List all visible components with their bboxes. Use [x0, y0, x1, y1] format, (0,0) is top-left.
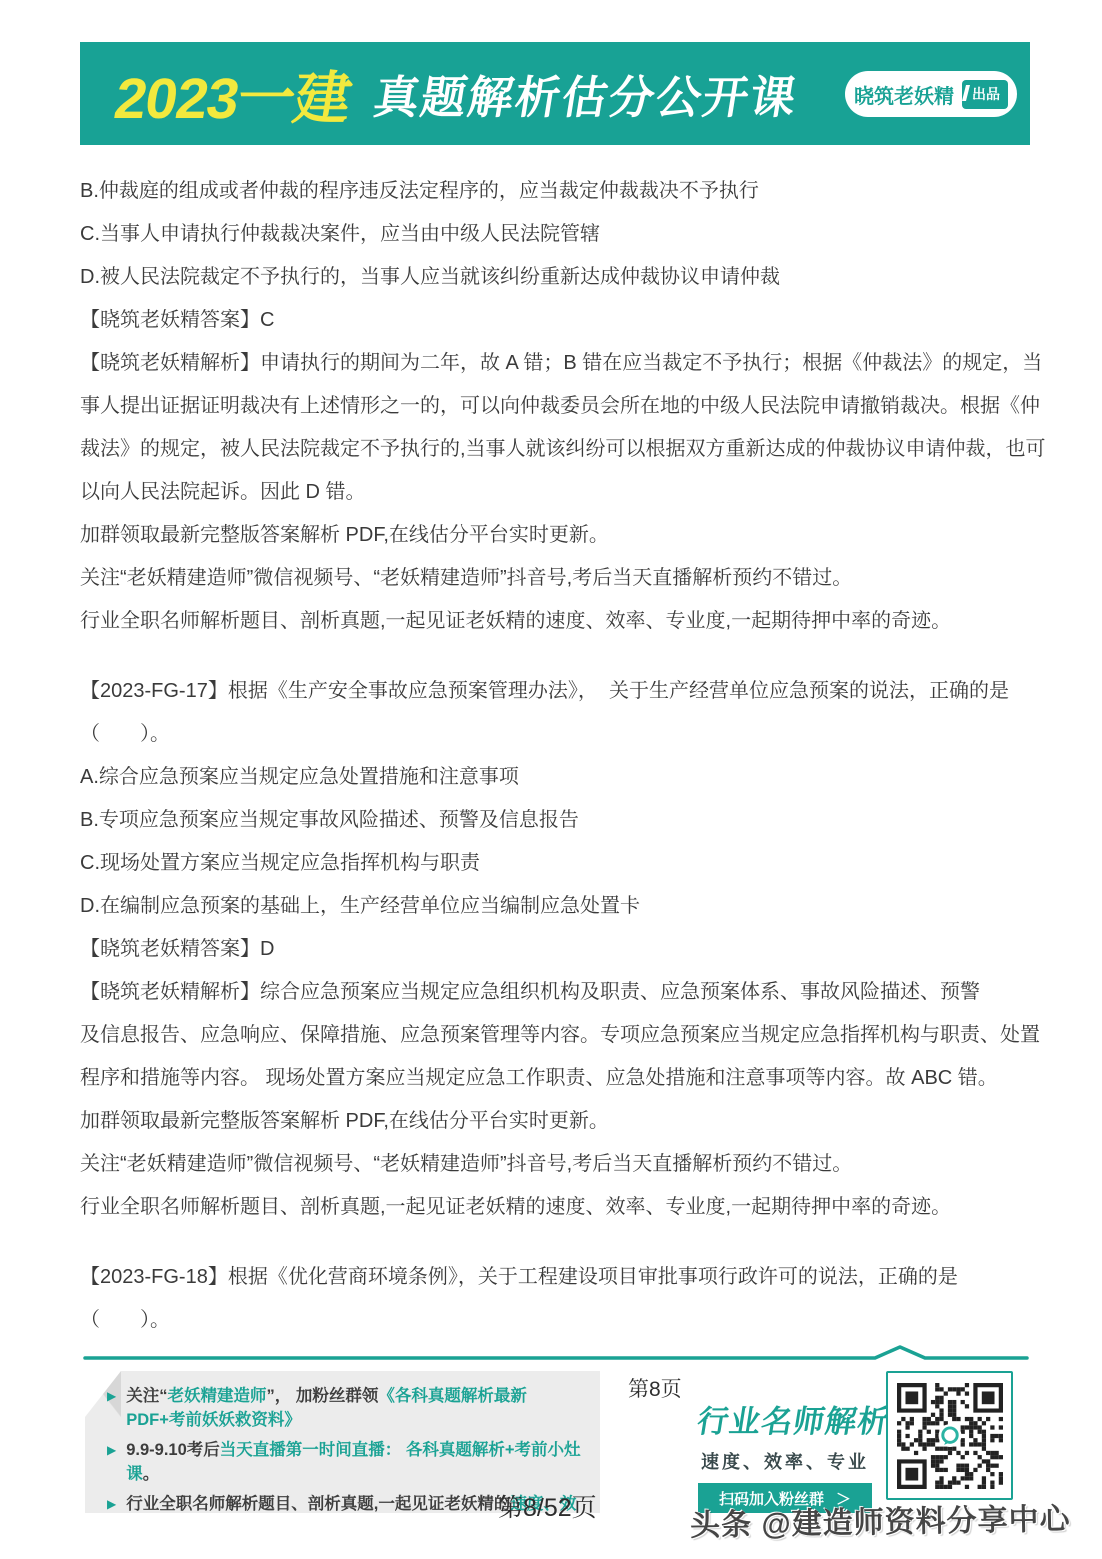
plain-text: 。 — [143, 1465, 160, 1483]
text-line: 【晓筑老妖精答案】D — [80, 928, 1040, 971]
text-line: 裁法》的规定，被人民法院裁定不予执行的,当事人就该纠纷可以根据双方重新达成的仲裁… — [80, 428, 1040, 471]
text-line: 行业全职名师解析题目、剖析真题,一起见证老妖精的速度、效率、专业度,一起期待押中… — [80, 1186, 1040, 1229]
triangle-bullet-icon: ▶ — [107, 1438, 116, 1486]
triangle-bullet-icon: ▶ — [107, 1492, 116, 1540]
text-line: （ ）。 — [80, 1299, 1040, 1342]
highlight-text: 押中率 — [279, 1519, 329, 1537]
question-section: 【2023-FG-18】根据《优化营商环境条例》，关于工程建设项目审批事项行政许… — [80, 1256, 1040, 1342]
brand-name: 晓筑老妖精 — [854, 80, 954, 109]
text-line: 【晓筑老妖精解析】综合应急预案应当规定应急组织机构及职责、应急预案体系、事故风险… — [80, 971, 1040, 1014]
text-line: B.专项应急预案应当规定事故风险描述、预警及信息报告 — [80, 799, 1040, 842]
text-line: D.在编制应急预案的基础上，生产经营单位应当编制应急处置卡 — [80, 885, 1040, 928]
text-line: 关注“老妖精建造师”微信视频号、“老妖精建造师”抖音号,考后当天直播解析预约不错… — [80, 557, 1040, 600]
qr-finder-top-right — [973, 1383, 1003, 1413]
text-line: C.当事人申请执行仲裁裁决案件，应当由中级人民法院管辖 — [80, 213, 1040, 256]
page-indicator: 第8/52页 — [498, 1488, 597, 1524]
text-line: B.仲裁庭的组成或者仲裁的程序违反法定程序的，应当裁定仲裁裁决不予执行 — [80, 170, 1040, 213]
text-line: 加群领取最新完整版答案解析 PDF,在线估分平台实时更新。 — [80, 514, 1040, 557]
triangle-bullet-icon: ▶ — [107, 1384, 116, 1432]
slogan-block: 行业名师解析 速度、效率、专业 扫码加入粉丝群 ＞ — [698, 1396, 872, 1513]
slogan-subtitle: 速度、效率、专业 — [698, 1448, 872, 1474]
promo-bullet: ▶9.9-9.10考后当天直播第一时间直播： 各科真题解析+考前小灶课。 — [107, 1438, 585, 1486]
watermark: 头条 @建造师资料分享中心 — [690, 1494, 1091, 1545]
plain-text: 的奇迹。 — [329, 1519, 395, 1537]
text-line: C.现场处置方案应当规定应急指挥机构与职责 — [80, 842, 1040, 885]
text-line: 程序和措施等内容。 现场处置方案应当规定应急工作职责、应急处措施和注意事项等内容… — [80, 1057, 1040, 1100]
plain-text: 9.9-9.10考后 — [126, 1441, 220, 1459]
text-line: （ ）。 — [80, 713, 1040, 756]
text-line: 【2023-FG-17】根据《生产安全事故应急预案管理办法》， 关于生产经营单位… — [80, 670, 1040, 713]
slogan-title: 行业名师解析 — [694, 1396, 875, 1441]
document-page: 2023一建 真题解析估分公开课 晓筑老妖精 出品 B.仲裁庭的组成或者仲裁的程… — [0, 0, 1102, 1559]
plain-text: ,一起期待 — [209, 1519, 280, 1537]
banner-title-text: 真题解析估分公开课 — [370, 61, 803, 126]
qr-center-logo — [938, 1424, 961, 1447]
plain-text: ”， 加粉丝群领 — [266, 1387, 378, 1405]
text-line: 【晓筑老妖精答案】C — [80, 299, 1040, 342]
divider-line — [80, 1342, 1030, 1364]
text-line: D.被人民法院裁定不予执行的，当事人应当就该纠纷重新达成仲裁协议申请仲裁 — [80, 256, 1040, 299]
brand-pill: 晓筑老妖精 出品 — [845, 71, 1017, 117]
text-line: 加群领取最新完整版答案解析 PDF,在线估分平台实时更新。 — [80, 1100, 1040, 1143]
text-line: 及信息报告、应急响应、保障措施、应急预案管理等内容。专项应急预案应当规定应急指挥… — [80, 1014, 1040, 1057]
text-line: A.综合应急预案应当规定应急处置措施和注意事项 — [80, 756, 1040, 799]
qr-finder-top-left — [897, 1383, 927, 1413]
promo-bullet-text: 9.9-9.10考后当天直播第一时间直播： 各科真题解析+考前小灶课。 — [126, 1438, 585, 1486]
qr-code — [886, 1371, 1013, 1500]
text-line: 【晓筑老妖精解析】申请执行的期间为二年，故 A 错；B 错在应当裁定不予执行；根… — [80, 342, 1040, 385]
plain-text: 关注“ — [126, 1387, 167, 1405]
promo-bullet-text: 关注“老妖精建造师”， 加粉丝群领《各科真题解析最新PDF+考前妖妖救资料》 — [126, 1384, 585, 1432]
qr-code-svg — [897, 1383, 1003, 1489]
banner-title: 2023一建 真题解析估分公开课 — [116, 42, 798, 145]
highlight-text: 当天直播第一时间直播： — [220, 1441, 402, 1459]
banner-title-year: 2023一建 — [110, 53, 358, 135]
question-section: B.仲裁庭的组成或者仲裁的程序违反法定程序的，应当裁定仲裁裁决不予执行C.当事人… — [80, 170, 1040, 643]
brand-badge: 出品 — [962, 80, 1008, 109]
highlight-text: 老妖精建造师 — [167, 1387, 266, 1405]
qr-finder-bottom-left — [897, 1459, 927, 1489]
text-line: 行业全职名师解析题目、剖析真题,一起见证老妖精的速度、效率、专业度,一起期待押中… — [80, 600, 1040, 643]
body-text: B.仲裁庭的组成或者仲裁的程序违反法定程序的，应当裁定仲裁裁决不予执行C.当事人… — [80, 170, 1040, 1342]
promo-bullet: ▶关注“老妖精建造师”， 加粉丝群领《各科真题解析最新PDF+考前妖妖救资料》 — [107, 1384, 585, 1432]
text-line: 以向人民法院起诉。因此 D 错。 — [80, 471, 1040, 514]
text-line: 事人提出证据证明裁决有上述情形之一的，可以向仲裁委员会所在地的中级人民法院申请撤… — [80, 385, 1040, 428]
page-note: 第8页 — [628, 1373, 682, 1403]
header-banner: 2023一建 真题解析估分公开课 晓筑老妖精 出品 — [80, 42, 1030, 145]
text-line: 【2023-FG-18】根据《优化营商环境条例》，关于工程建设项目审批事项行政许… — [80, 1256, 1040, 1299]
plain-text: 行业全职名师解析题目、剖析真题,一起见证老妖精的 — [126, 1495, 510, 1513]
question-section: 【2023-FG-17】根据《生产安全事故应急预案管理办法》， 关于生产经营单位… — [80, 670, 1040, 1229]
text-line: 关注“老妖精建造师”微信视频号、“老妖精建造师”抖音号,考后当天直播解析预约不错… — [80, 1143, 1040, 1186]
